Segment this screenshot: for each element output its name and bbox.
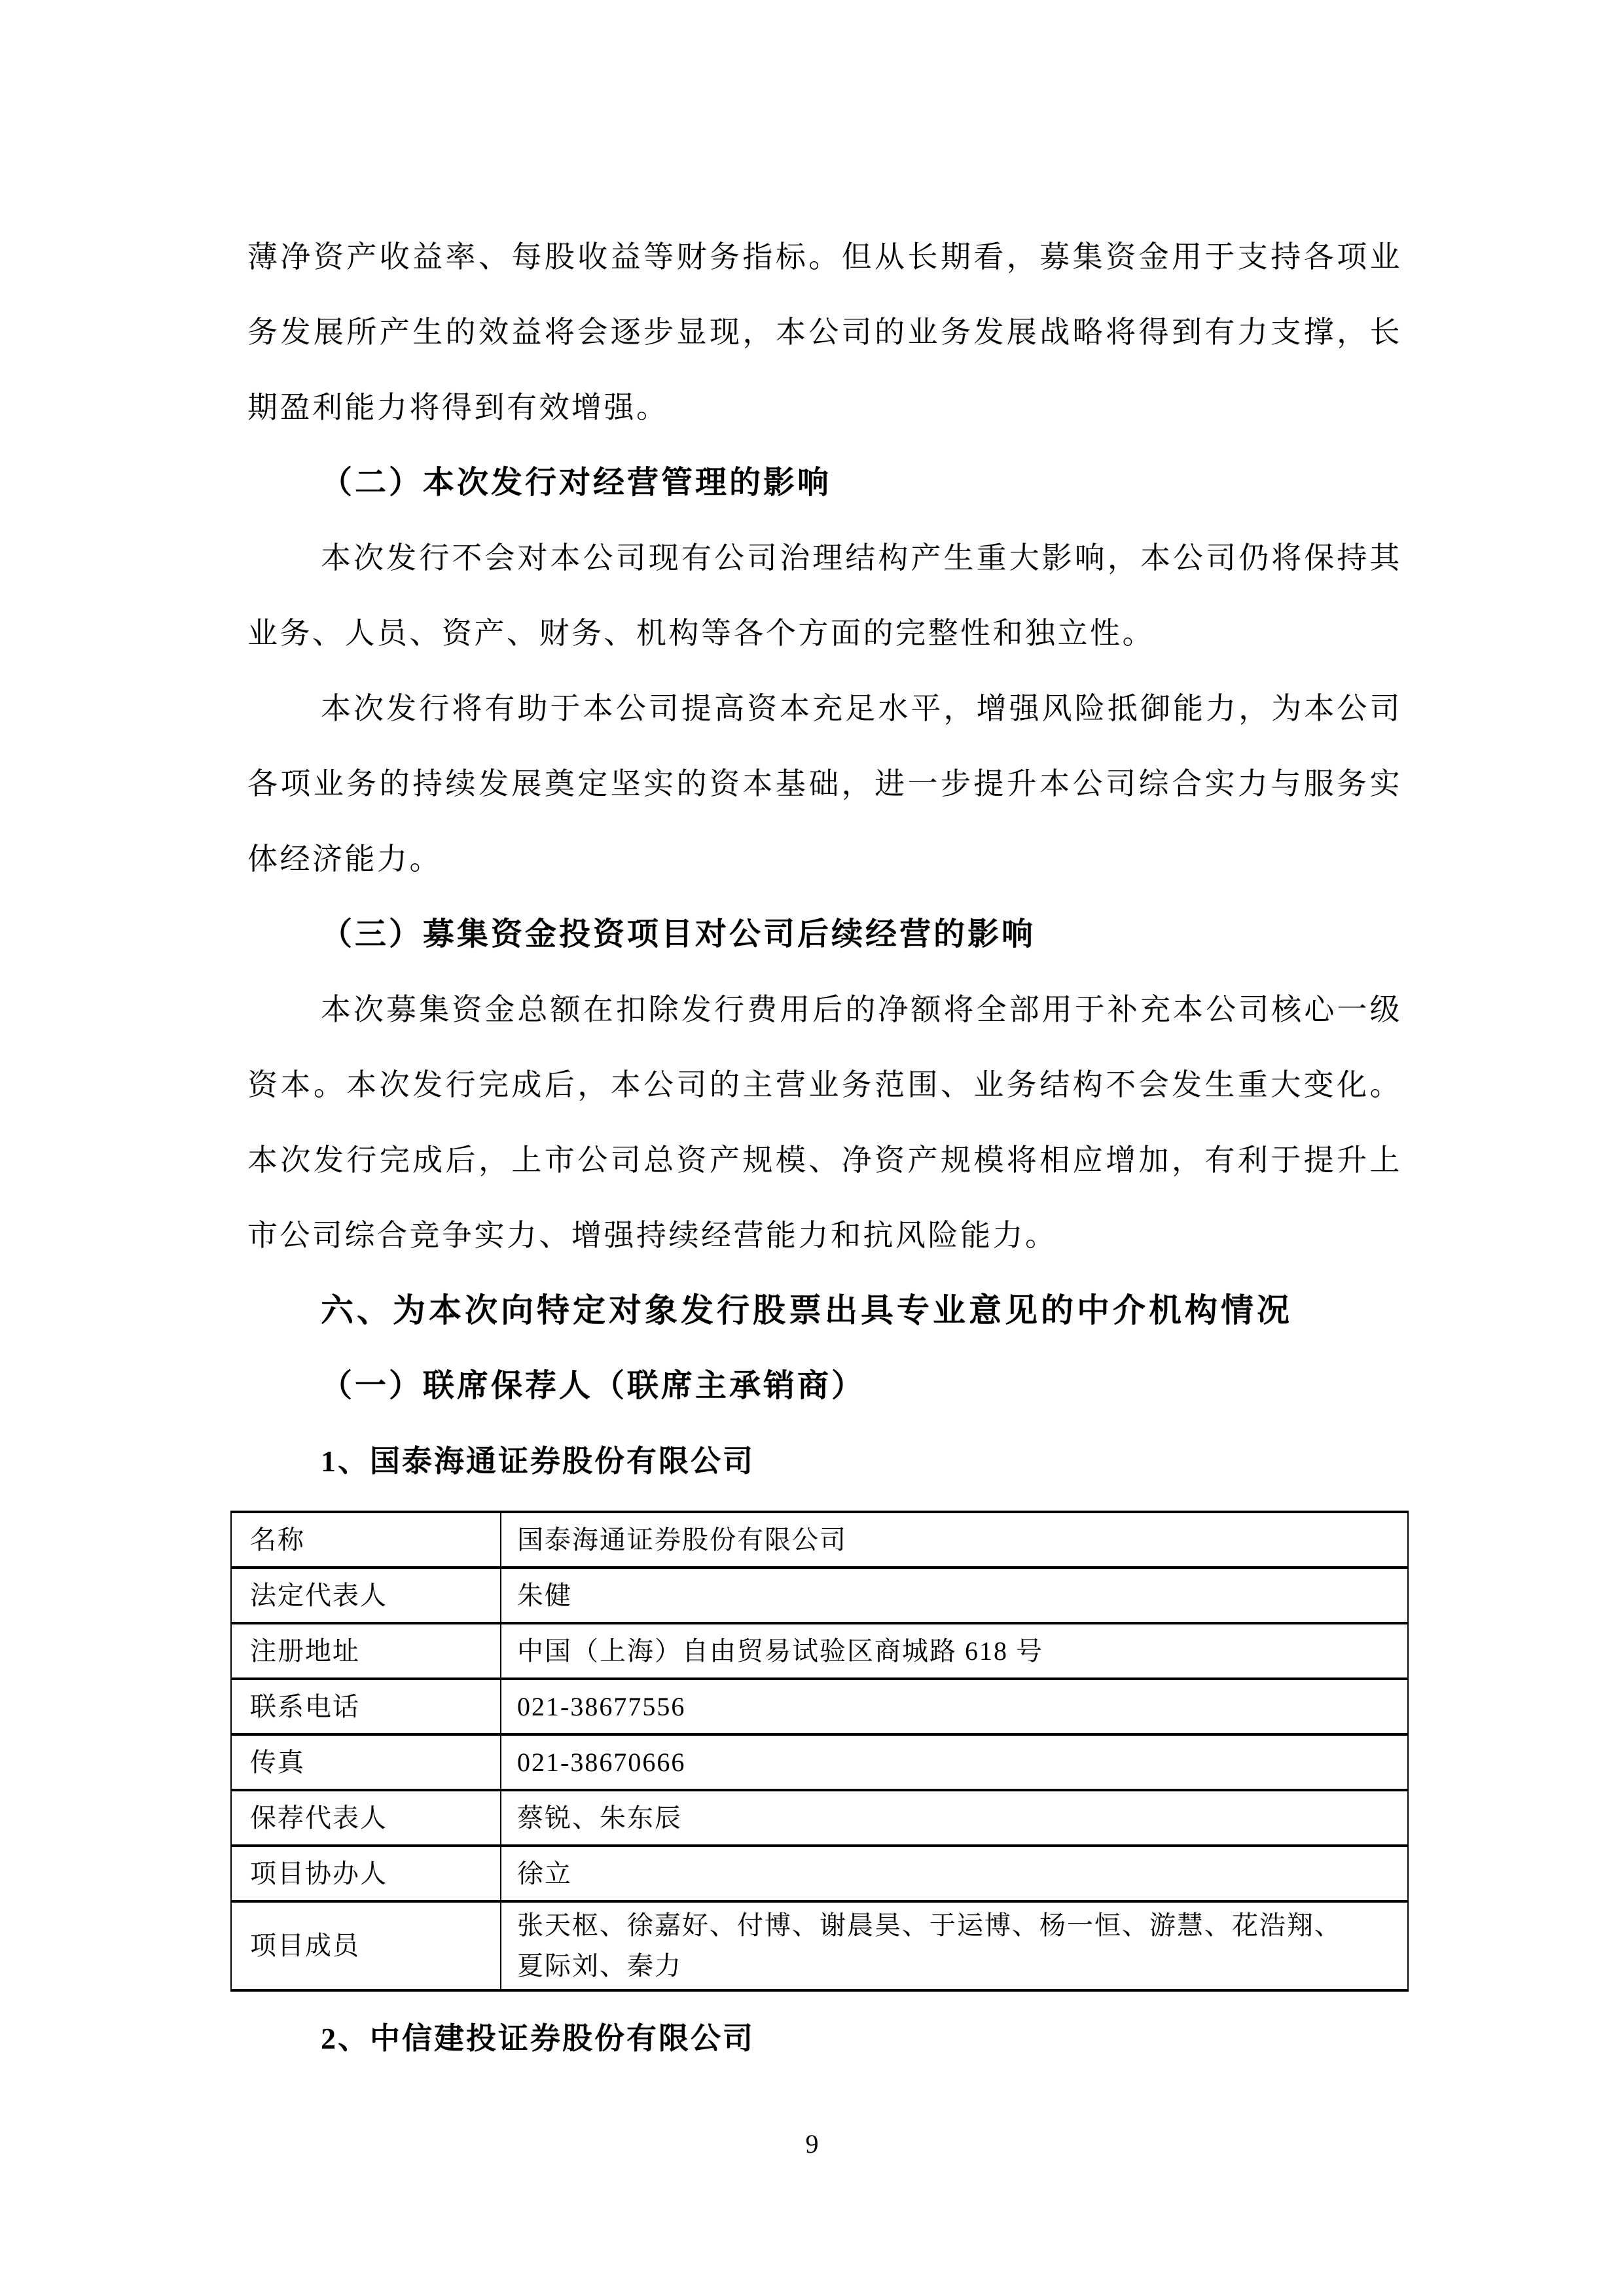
table-row-name: 名称 国泰海通证券股份有限公司	[231, 1512, 1408, 1568]
row-label: 保荐代表人	[231, 1790, 501, 1846]
row-label: 法定代表人	[231, 1568, 501, 1623]
row-value: 国泰海通证券股份有限公司	[501, 1512, 1408, 1568]
heading-section-2: （二）本次发行对经营管理的影响	[247, 445, 1402, 520]
heading-sponsor-2: 2、中信建投证券股份有限公司	[247, 2001, 1402, 2076]
table-row-project-members: 项目成员 张天枢、徐嘉好、付博、谢晨昊、于运博、杨一恒、游慧、花浩翔、夏际刘、秦…	[231, 1901, 1408, 1990]
table-row-project-coordinator: 项目协办人 徐立	[231, 1846, 1408, 1901]
paragraph-governance-impact: 本次发行不会对本公司现有公司治理结构产生重大影响，本公司仍将保持其业务、人员、资…	[247, 520, 1402, 671]
heading-section-3: （三）募集资金投资项目对公司后续经营的影响	[247, 897, 1402, 972]
table-row-phone: 联系电话 021-38677556	[231, 1679, 1408, 1734]
row-label: 传真	[231, 1734, 501, 1790]
paragraph-proceeds-use: 本次募集资金总额在扣除发行费用后的净额将全部用于补充本公司核心一级资本。本次发行…	[247, 972, 1402, 1273]
row-value: 徐立	[501, 1846, 1408, 1901]
row-value: 中国（上海）自由贸易试验区商城路 618 号	[501, 1623, 1408, 1679]
heading-sponsor-1: 1、国泰海通证券股份有限公司	[247, 1424, 1402, 1499]
page-content: 薄净资产收益率、每股收益等财务指标。但从长期看，募集资金用于支持各项业务发展所产…	[230, 219, 1409, 2076]
heading-joint-sponsors: （一）联席保荐人（联席主承销商）	[247, 1348, 1402, 1424]
page-number: 9	[0, 2128, 1624, 2160]
row-label: 名称	[231, 1512, 501, 1568]
heading-chapter-6: 六、为本次向特定对象发行股票出具专业意见的中介机构情况	[247, 1273, 1402, 1348]
row-value: 021-38677556	[501, 1679, 1408, 1734]
document-page: 薄净资产收益率、每股收益等财务指标。但从长期看，募集资金用于支持各项业务发展所产…	[0, 0, 1624, 2296]
row-label: 项目成员	[231, 1901, 501, 1990]
row-label: 注册地址	[231, 1623, 501, 1679]
row-value: 蔡锐、朱东辰	[501, 1790, 1408, 1846]
row-value: 021-38670666	[501, 1734, 1408, 1790]
paragraph-dilution-continuation: 薄净资产收益率、每股收益等财务指标。但从长期看，募集资金用于支持各项业务发展所产…	[247, 219, 1402, 445]
row-value: 张天枢、徐嘉好、付博、谢晨昊、于运博、杨一恒、游慧、花浩翔、夏际刘、秦力	[501, 1901, 1408, 1990]
row-label: 联系电话	[231, 1679, 501, 1734]
sponsor-info-table: 名称 国泰海通证券股份有限公司 法定代表人 朱健 注册地址 中国（上海）自由贸易…	[230, 1511, 1409, 1992]
table-row-registered-address: 注册地址 中国（上海）自由贸易试验区商城路 618 号	[231, 1623, 1408, 1679]
table-row-sponsor-representatives: 保荐代表人 蔡锐、朱东辰	[231, 1790, 1408, 1846]
table-row-legal-representative: 法定代表人 朱健	[231, 1568, 1408, 1623]
paragraph-capital-adequacy: 本次发行将有助于本公司提高资本充足水平，增强风险抵御能力，为本公司各项业务的持续…	[247, 671, 1402, 897]
table-row-fax: 传真 021-38670666	[231, 1734, 1408, 1790]
row-label: 项目协办人	[231, 1846, 501, 1901]
row-value: 朱健	[501, 1568, 1408, 1623]
